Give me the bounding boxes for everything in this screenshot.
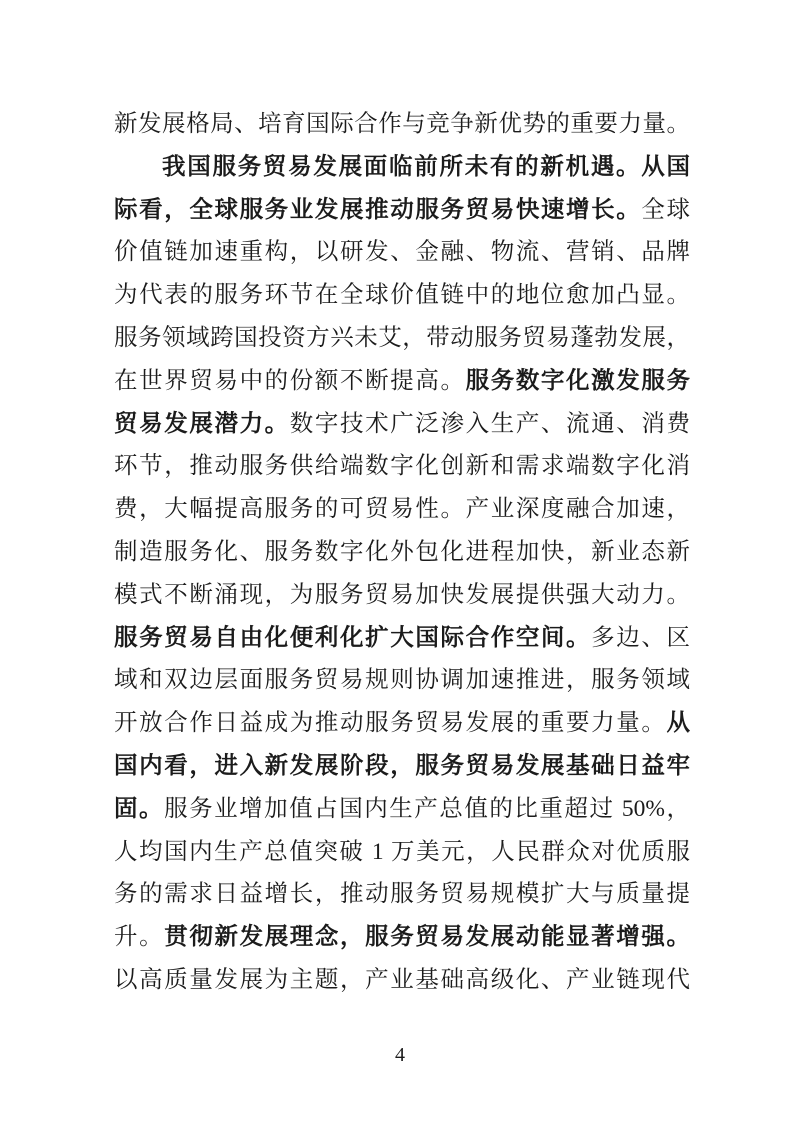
text-segment: 升。 [114,924,164,950]
text-line: 模式不断涌现，为服务贸易加快发展提供强大动力。 [114,574,690,617]
bold-text-segment: 贯彻新发展理念，服务贸易发展动能显著增强。 [164,924,690,950]
bold-text-segment: 服务数字化激发服务 [466,368,690,394]
text-line: 人均国内生产总值突破 1 万美元，人民群众对优质服 [114,831,690,874]
text-segment: 域和双边层面服务贸易规则协调加速推进，服务领域 [114,667,690,693]
text-segment: 服务业增加值占国内生产总值的比重超过 50%， [164,796,690,822]
text-line: 制造服务化、服务数字化外包化进程加快，新业态新 [114,531,690,574]
bold-text-segment: 际看，全球服务业发展推动服务贸易快速增长。 [114,197,641,223]
text-line: 开放合作日益成为推动服务贸易发展的重要力量。从 [114,702,690,745]
text-line: 贸易发展潜力。数字技术广泛渗入生产、流通、消费 [114,403,690,446]
text-line: 环节，推动服务供给端数字化创新和需求端数字化消 [114,445,690,488]
bold-text-segment: 我国服务贸易发展面临前所未有的新机遇。从国 [162,154,690,180]
bold-text-segment: 国内看，进入新发展阶段，服务贸易发展基础日益牢 [114,753,690,779]
text-segment: 务的需求日益增长，推动服务贸易规模扩大与质量提 [114,881,690,907]
text-line: 价值链加速重构，以研发、金融、物流、营销、品牌 [114,231,690,274]
text-segment: 服务领域跨国投资方兴未艾，带动服务贸易蓬勃发展， [114,325,690,351]
text-segment: 费，大幅提高服务的可贸易性。产业深度融合加速， [114,496,690,522]
bold-text-segment: 从 [667,710,691,736]
text-line: 务的需求日益增长，推动服务贸易规模扩大与质量提 [114,873,690,916]
text-line: 为代表的服务环节在全球价值链中的地位愈加凸显。 [114,274,690,317]
bold-text-segment: 贸易发展潜力。 [114,411,290,437]
text-line: 服务领域跨国投资方兴未艾，带动服务贸易蓬勃发展， [114,317,690,360]
text-segment: 数字技术广泛渗入生产、流通、消费 [290,411,690,437]
bold-text-segment: 服务贸易自由化便利化扩大国际合作空间。 [114,625,591,651]
text-line: 国内看，进入新发展阶段，服务贸易发展基础日益牢 [114,745,690,788]
text-segment: 价值链加速重构，以研发、金融、物流、营销、品牌 [114,239,690,265]
text-line: 域和双边层面服务贸易规则协调加速推进，服务领域 [114,659,690,702]
text-segment: 新发展格局、培育国际合作与竞争新优势的重要力量。 [114,111,690,137]
text-segment: 全球 [641,197,690,223]
text-segment: 模式不断涌现，为服务贸易加快发展提供强大动力。 [114,582,690,608]
text-segment: 环节，推动服务供给端数字化创新和需求端数字化消 [114,453,690,479]
text-segment: 制造服务化、服务数字化外包化进程加快，新业态新 [114,539,690,565]
document-page: 新发展格局、培育国际合作与竞争新优势的重要力量。我国服务贸易发展面临前所未有的新… [0,0,800,1131]
text-segment: 在世界贸易中的份额不断提高。 [114,368,466,394]
text-segment: 以高质量发展为主题，产业基础高级化、产业链现代 [114,967,690,993]
text-line: 新发展格局、培育国际合作与竞争新优势的重要力量。 [114,103,690,146]
text-line: 服务贸易自由化便利化扩大国际合作空间。多边、区 [114,617,690,660]
text-segment: 人均国内生产总值突破 1 万美元，人民群众对优质服 [114,839,690,865]
page-number: 4 [0,1044,800,1067]
text-segment: 多边、区 [591,625,690,651]
text-line: 固。服务业增加值占国内生产总值的比重超过 50%， [114,788,690,831]
text-segment: 开放合作日益成为推动服务贸易发展的重要力量。 [114,710,667,736]
text-line: 我国服务贸易发展面临前所未有的新机遇。从国 [114,146,690,189]
bold-text-segment: 固。 [114,796,164,822]
text-line: 升。贯彻新发展理念，服务贸易发展动能显著增强。 [114,916,690,959]
text-block: 新发展格局、培育国际合作与竞争新优势的重要力量。我国服务贸易发展面临前所未有的新… [114,103,690,1002]
text-line: 际看，全球服务业发展推动服务贸易快速增长。全球 [114,189,690,232]
text-line: 以高质量发展为主题，产业基础高级化、产业链现代 [114,959,690,1002]
text-line: 费，大幅提高服务的可贸易性。产业深度融合加速， [114,488,690,531]
text-line: 在世界贸易中的份额不断提高。服务数字化激发服务 [114,360,690,403]
text-segment: 为代表的服务环节在全球价值链中的地位愈加凸显。 [114,282,690,308]
